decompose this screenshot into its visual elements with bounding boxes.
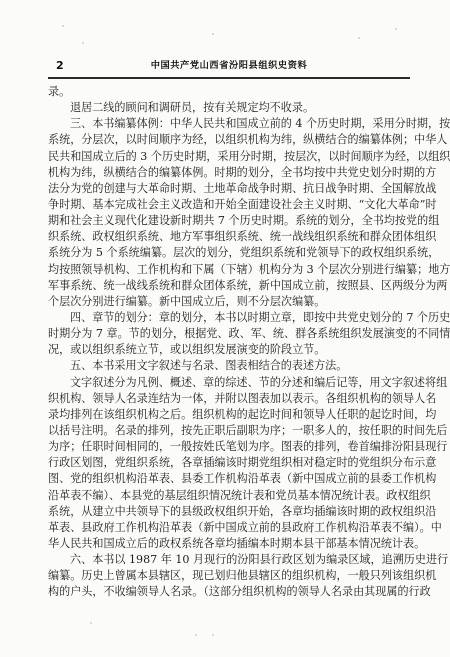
text-line: 五、本书采用文字叙述与名录、图表相结合的表述方法。 [48,358,410,374]
text-line: 文字叙述分为凡例、概述、章的综述、节的分述和编后记等，用文字叙述将组 [48,375,410,391]
text-line: 时期分为 7 章。节的划分，根据党、政、军、统、群各系统组织发展演变的不同情 [48,326,410,342]
text-line: 华人民共和国成立后的政权系统各章均插编本时期本县干部基本情况统计表。 [48,536,410,552]
text-line: 构的户头，不收编领导人名录。（这部分组织机构的领导人名录由其现属的行政 [48,584,410,600]
text-line: 为序；任职时间相同的，一般按姓氏笔划为序。图表的排列，卷首编排汾阳县现行 [48,439,410,455]
scan-speck [82,42,84,44]
text-line: 均按照领导机构、工作机构和下属（下辖）机构分为 3 个层次分别进行编纂；地方 [48,262,410,278]
text-line: 况，或以组织系统立节，或以组织发展演变的阶段立节。 [48,342,410,358]
text-line: 争时期、基本完成社会主义改造和开始全面建设社会主义时期、“文化大革命”时 [48,197,410,213]
text-line: 录均排列在该组织机构之后。组织机构的起讫时间和领导人任职的起讫时间，均 [48,407,410,423]
text-line: 图、党的组织机构沿革表、县委工作机构沿革表（新中国成立前的县委工作机构 [48,471,410,487]
text-line: 录。 [48,84,410,100]
text-line: 三、本书编纂体例：中华人民共和国成立前的 4 个历史时期，采用分时期，按 [48,116,410,132]
scan-speck [212,33,214,35]
text-line: 六、本书以 1987 年 10 月现行的汾阳县行政区划为编录区域，追溯历史进行 [48,552,410,568]
text-line: 系统，分层次，以时间顺序为经，以组织机构为纬，纵横结合的编纂体例；中华人 [48,132,410,148]
text-line: 革表、县政府工作机构沿革表（新中国成立前的县政府工作机构沿革表不编）。中 [48,520,410,536]
text-line: 军事系统、统一战线系统和群众团体系统，新中国成立前，按照县、区两级分为两 [48,278,410,294]
body-text: 录。 退居二线的顾问和调研员，按有关规定均不收录。 三、本书编纂体例：中华人民共… [48,84,410,601]
document-page: 2 中国共产党山西省汾阳县组织史资料 录。 退居二线的顾问和调研员，按有关规定均… [0,0,450,657]
text-line: 机构为纬，纵横结合的编纂体例。时期的划分，全书均按中共党史划分时期的方 [48,165,410,181]
text-line: 织机构、领导人名录连结为一体，并附以图表加以表示。各组织机构的领导人名 [48,391,410,407]
text-line: 期和社会主义现代化建设新时期共 7 个历史时期。系统的划分，全书均按党的组 [48,213,410,229]
scan-speck [90,622,92,624]
text-line: 法分为党的创建与大革命时期、土地革命战争时期、抗日战争时期、全国解放战 [48,181,410,197]
text-line: 四、章节的划分：章的划分，本书以时期立章，即按中共党史划分的 7 个历史 [48,310,410,326]
running-title: 中国共产党山西省汾阳县组织史资料 [48,58,410,74]
text-line: 系统，从建立中共领导下的县级政权组织开始，各章均插编该时期的政权组织沿 [48,504,410,520]
scan-speck [358,37,360,39]
text-line: 退居二线的顾问和调研员，按有关规定均不收录。 [48,100,410,116]
text-line: 以括号注明。名录的排列，按先正职后副职为序；一职多人的，按任职的时间先后 [48,423,410,439]
text-line: 织系统、政权组织系统、地方军事组织系统、统一战线组织系统和群众团体组织 [48,229,410,245]
scan-speck [62,25,64,27]
text-line: 个层次分别进行编纂。新中国成立后，则不分层次编纂。 [48,294,410,310]
scan-speck [195,634,197,636]
header-rule [48,77,410,79]
running-header: 2 中国共产党山西省汾阳县组织史资料 [48,58,410,76]
scan-speck [395,28,397,30]
scan-speck [212,634,214,636]
text-line: 行政区划图，党组织系统，各章插编该时期党组织相对稳定时的党组织分布示意 [48,455,410,471]
text-line: 系统分为 5 个系统编纂。层次的划分，党组织系统和党领导下的政权组织系统， [48,245,410,261]
text-line: 编纂。历史上曾属本县辖区，现已划归他县辖区的组织机构，一般只列该组织机 [48,568,410,584]
text-line: 民共和国成立后的 3 个历史时期，采用分时期，按层次，以时间顺序为经，以组织 [48,149,410,165]
text-line: 沿革表不编）、本县党的基层组织情况统计表和党员基本情况统计表。政权组织 [48,488,410,504]
